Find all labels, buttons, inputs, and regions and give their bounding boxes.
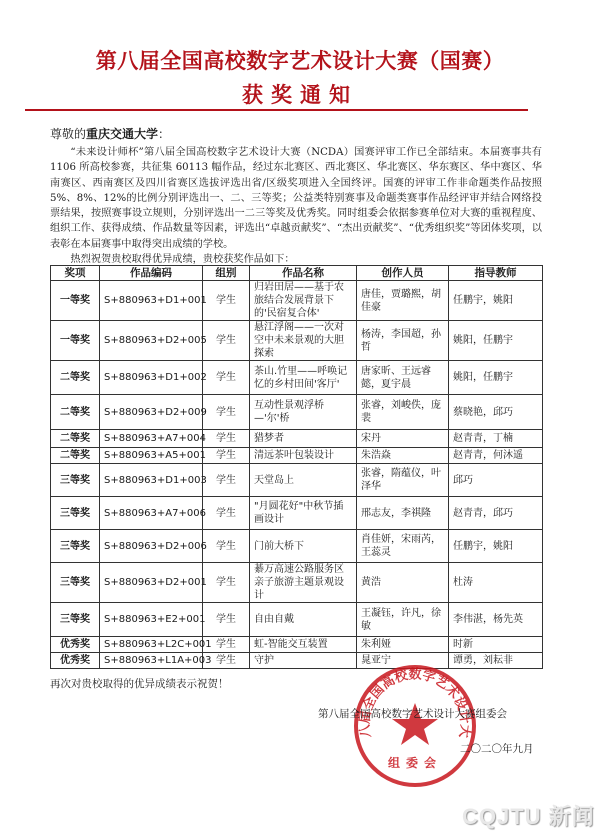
creators-cell: 邢志友，李祺隆 — [357, 497, 449, 530]
creators-cell: 杨涛，李国超，孙哲 — [357, 321, 449, 361]
group-cell: 学生 — [203, 395, 250, 430]
advisors-cell: 时新 — [449, 637, 543, 653]
code-cell: S+880963+L1A+003 — [100, 653, 203, 669]
code-cell: S+880963+D2+005 — [100, 321, 203, 361]
title-cell: "月圆花好"中秋节插画设计 — [250, 497, 357, 530]
title-cell: 互动性景观浮桥—'尔'桥 — [250, 395, 357, 430]
issuing-organization: 第八届全国高校数字艺术设计大赛组委会 — [318, 706, 507, 721]
table-row: 三等奖 S+880963+D2+006 学生 门前大桥下 肖佳妍，宋雨芮，王蕊灵… — [51, 530, 543, 563]
award-cell: 一等奖 — [51, 281, 100, 321]
table-header-row: 奖项 作品编码 组别 作品名称 创作人员 指导教师 — [51, 266, 543, 281]
notice-body: “未来设计师杯”第八届全国高校数字艺术设计大赛（NCDA）国赛评审工作已全部结束… — [50, 145, 542, 267]
creators-cell: 宋丹 — [357, 430, 449, 448]
header-group: 组别 — [203, 266, 250, 281]
advisors-cell: 邱巧 — [449, 464, 543, 497]
salutation-prefix: 尊敬的 — [50, 127, 86, 141]
advisors-cell: 赵青青，邱巧 — [449, 497, 543, 530]
code-cell: S+880963+D2+009 — [100, 395, 203, 430]
award-cell: 三等奖 — [51, 530, 100, 563]
table-row: 二等奖 S+880963+A5+001 学生 清远茶叶包装设计 朱浩焱 赵青青，… — [51, 448, 543, 464]
creators-cell: 张睿，隋蕴仪，叶泽华 — [357, 464, 449, 497]
group-cell: 学生 — [203, 497, 250, 530]
creators-cell: 唐家昕、王远睿懿，夏宇晨 — [357, 361, 449, 395]
document-title: 第八届全国高校数字艺术设计大赛（国赛） — [0, 45, 600, 75]
table-row: 一等奖 S+880963+D1+001 学生 归岩田居——基于农旅结合发展背景下… — [51, 281, 543, 321]
title-cell: 清远茶叶包装设计 — [250, 448, 357, 464]
advisors-cell: 李伟湛，杨先英 — [449, 603, 543, 637]
recipient-name: 重庆交通大学 — [86, 127, 158, 141]
advisors-cell: 杜涛 — [449, 563, 543, 603]
title-cell: 綦万高速公路服务区亲子旅游主题景观设计 — [250, 563, 357, 603]
award-cell: 一等奖 — [51, 321, 100, 361]
watermark-logo: CQJTU 新闻 — [462, 800, 595, 831]
award-cell: 二等奖 — [51, 430, 100, 448]
header-creators: 创作人员 — [357, 266, 449, 281]
group-cell: 学生 — [203, 321, 250, 361]
code-cell: S+880963+D1+001 — [100, 281, 203, 321]
group-cell: 学生 — [203, 530, 250, 563]
creators-cell: 朱浩焱 — [357, 448, 449, 464]
award-cell: 三等奖 — [51, 464, 100, 497]
table-row: 二等奖 S+880963+D1+002 学生 茶山.竹里——呼唤记忆的乡村田间'… — [51, 361, 543, 395]
advisors-cell: 姚阳，任鹏宇 — [449, 361, 543, 395]
award-cell: 三等奖 — [51, 603, 100, 637]
title-cell: 猎梦者 — [250, 430, 357, 448]
creators-cell: 唐佳，贾璐熙，胡佳豪 — [357, 281, 449, 321]
advisors-cell: 任鹏宇，姚阳 — [449, 530, 543, 563]
header-code: 作品编码 — [100, 266, 203, 281]
advisors-cell: 蔡晓艳，邱巧 — [449, 395, 543, 430]
title-cell: 茶山.竹里——呼唤记忆的乡村田间'客厅' — [250, 361, 357, 395]
code-cell: S+880963+D2+006 — [100, 530, 203, 563]
code-cell: S+880963+A5+001 — [100, 448, 203, 464]
creators-cell: 黄浩 — [357, 563, 449, 603]
advisors-cell: 赵青青，何沐遥 — [449, 448, 543, 464]
table-row: 三等奖 S+880963+A7+006 学生 "月圆花好"中秋节插画设计 邢志友… — [51, 497, 543, 530]
code-cell: S+880963+D1+002 — [100, 361, 203, 395]
award-cell: 三等奖 — [51, 497, 100, 530]
code-cell: S+880963+A7+006 — [100, 497, 203, 530]
title-divider — [25, 109, 528, 111]
title-cell: 归岩田居——基于农旅结合发展背景下的'民宿复合体' — [250, 281, 357, 321]
table-row: 三等奖 S+880963+E2+001 学生 自由自戴 王凝钰，许凡，徐敏 李伟… — [51, 603, 543, 637]
group-cell: 学生 — [203, 603, 250, 637]
creators-cell: 王凝钰，许凡，徐敏 — [357, 603, 449, 637]
official-seal: 第八届全国高校数字艺术设计大赛 组委会 — [352, 663, 478, 789]
group-cell: 学生 — [203, 281, 250, 321]
award-cell: 二等奖 — [51, 361, 100, 395]
award-cell: 二等奖 — [51, 395, 100, 430]
table-row: 优秀奖 S+880963+L2C+001 学生 虹-智能交互装置 朱利娅 时新 — [51, 637, 543, 653]
closing-remark: 再次对贵校取得的优异成绩表示祝贺！ — [50, 676, 229, 691]
group-cell: 学生 — [203, 430, 250, 448]
award-cell: 二等奖 — [51, 448, 100, 464]
creators-cell: 张睿，刘峻佚，庞裴 — [357, 395, 449, 430]
title-cell: 门前大桥下 — [250, 530, 357, 563]
table-row: 三等奖 S+880963+D1+003 学生 天堂岛上 张睿，隋蕴仪，叶泽华 邱… — [51, 464, 543, 497]
issue-date: 二〇二〇年九月 — [460, 741, 534, 756]
title-cell: 守护 — [250, 653, 357, 669]
svg-text:组委会: 组委会 — [388, 755, 442, 770]
notice-paragraph-1: “未来设计师杯”第八届全国高校数字艺术设计大赛（NCDA）国赛评审工作已全部结束… — [50, 145, 542, 252]
advisors-cell: 任鹏宇，姚阳 — [449, 281, 543, 321]
table-row: 二等奖 S+880963+D2+009 学生 互动性景观浮桥—'尔'桥 张睿，刘… — [51, 395, 543, 430]
title-cell: 天堂岛上 — [250, 464, 357, 497]
advisors-cell: 赵青青，丁楠 — [449, 430, 543, 448]
group-cell: 学生 — [203, 448, 250, 464]
code-cell: S+880963+L2C+001 — [100, 637, 203, 653]
code-cell: S+880963+A7+004 — [100, 430, 203, 448]
code-cell: S+880963+E2+001 — [100, 603, 203, 637]
award-cell: 优秀奖 — [51, 653, 100, 669]
group-cell: 学生 — [203, 361, 250, 395]
award-cell: 三等奖 — [51, 563, 100, 603]
salutation-suffix: ： — [158, 127, 170, 141]
header-advisors: 指导教师 — [449, 266, 543, 281]
award-cell: 优秀奖 — [51, 637, 100, 653]
title-cell: 悬江浮阁——一次对空中未来景观的大胆探索 — [250, 321, 357, 361]
title-cell: 虹-智能交互装置 — [250, 637, 357, 653]
salutation: 尊敬的重庆交通大学： — [50, 125, 170, 142]
advisors-cell: 姚阳，任鹏宇 — [449, 321, 543, 361]
creators-cell: 朱利娅 — [357, 637, 449, 653]
awards-table: 奖项 作品编码 组别 作品名称 创作人员 指导教师 一等奖 S+880963+D… — [50, 265, 543, 669]
title-cell: 自由自戴 — [250, 603, 357, 637]
table-row: 一等奖 S+880963+D2+005 学生 悬江浮阁——一次对空中未来景观的大… — [51, 321, 543, 361]
code-cell: S+880963+D1+003 — [100, 464, 203, 497]
header-award: 奖项 — [51, 266, 100, 281]
table-row: 二等奖 S+880963+A7+004 学生 猎梦者 宋丹 赵青青，丁楠 — [51, 430, 543, 448]
code-cell: S+880963+D2+001 — [100, 563, 203, 603]
table-row: 三等奖 S+880963+D2+001 学生 綦万高速公路服务区亲子旅游主题景观… — [51, 563, 543, 603]
group-cell: 学生 — [203, 563, 250, 603]
header-title: 作品名称 — [250, 266, 357, 281]
document-subtitle: 获奖通知 — [0, 79, 600, 109]
group-cell: 学生 — [203, 464, 250, 497]
creators-cell: 肖佳妍，宋雨芮，王蕊灵 — [357, 530, 449, 563]
